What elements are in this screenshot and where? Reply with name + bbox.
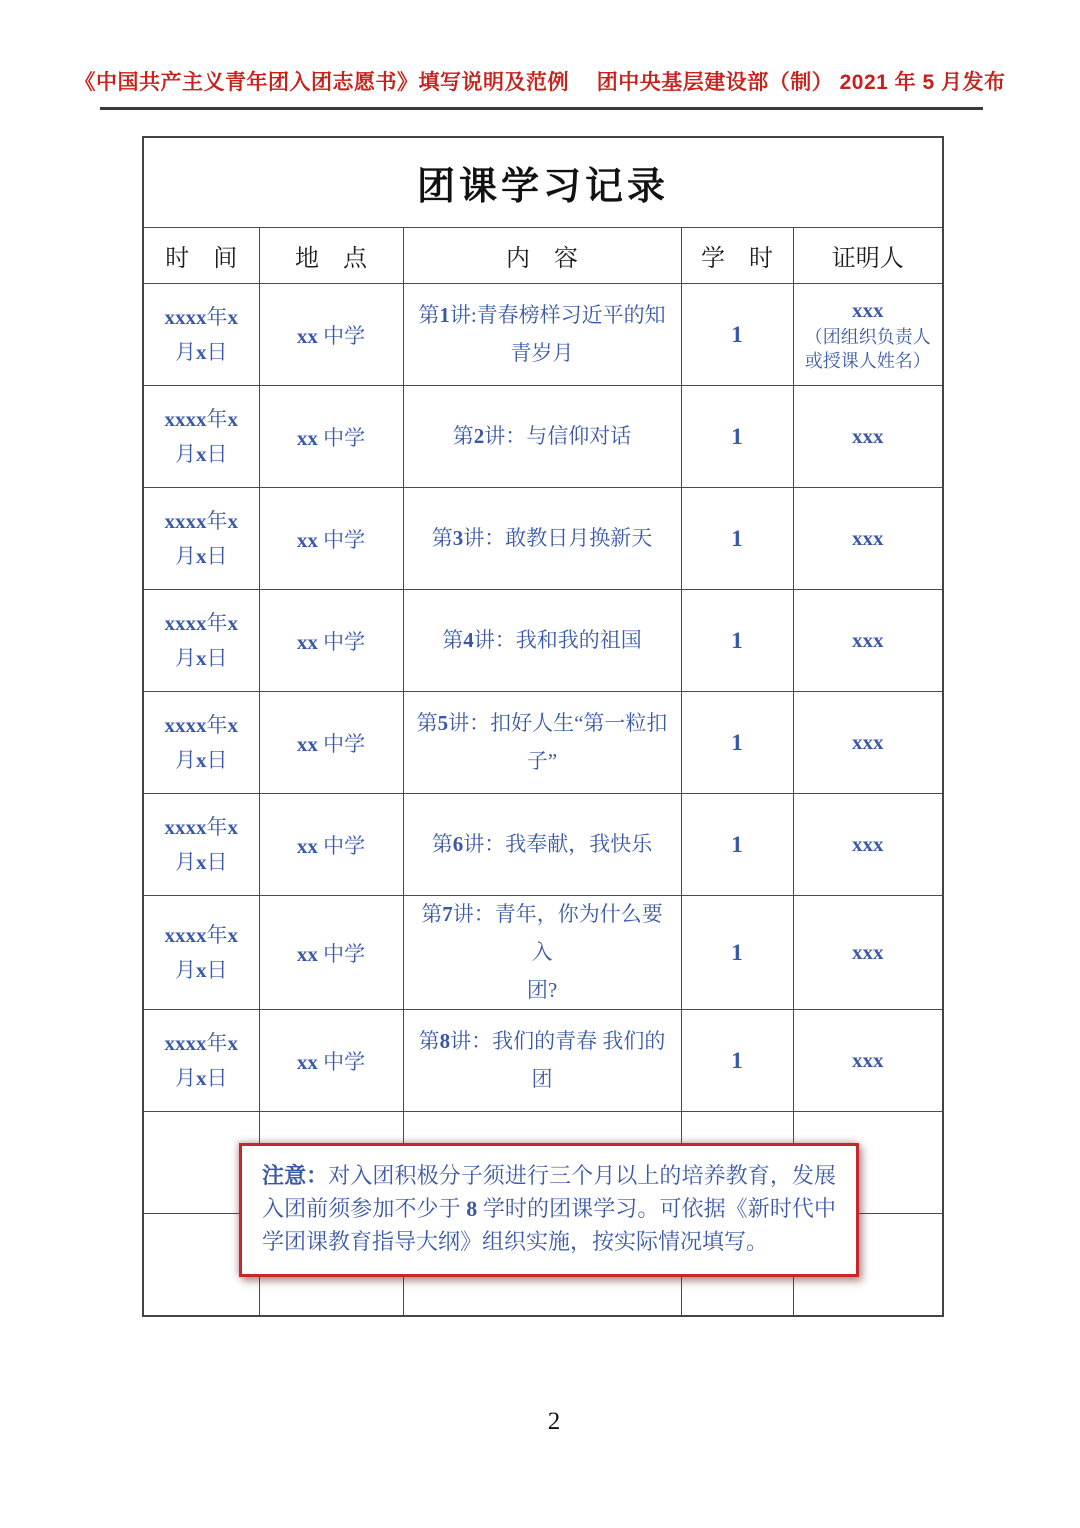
hours-cell: 1 <box>681 692 793 794</box>
table-title-row: 团课学习记录 <box>143 137 943 228</box>
header-rule <box>100 107 983 110</box>
witness-cell: xxx <box>793 896 943 1010</box>
time-cell: xxxx年x 月x日 <box>143 488 259 590</box>
witness-cell: xxx <box>793 794 943 896</box>
table-row: xxxx年x 月x日xx 中学第6讲：我奉献，我快乐1xxx <box>143 794 943 896</box>
time-cell: xxxx年x 月x日 <box>143 590 259 692</box>
place-cell: xx 中学 <box>259 692 403 794</box>
col-header-content: 内 容 <box>403 228 681 284</box>
content-cell: 第1讲:青春榜样习近平的知 青岁月 <box>403 284 681 386</box>
hours-cell: 1 <box>681 284 793 386</box>
place-cell: xx 中学 <box>259 488 403 590</box>
table-title: 团课学习记录 <box>145 155 941 210</box>
table-row: xxxx年x 月x日xx 中学第3讲：敢教日月换新天1xxx <box>143 488 943 590</box>
content-cell: 第7讲：青年，你为什么要入 团? <box>403 896 681 1010</box>
content-cell: 第6讲：我奉献，我快乐 <box>403 794 681 896</box>
witness-cell: xxx（团组织负责人 或授课人姓名） <box>793 284 943 386</box>
place-cell: xx 中学 <box>259 896 403 1010</box>
notice-label: 注意： <box>262 1163 328 1188</box>
col-header-time: 时 间 <box>143 228 259 284</box>
content-cell: 第4讲：我和我的祖国 <box>403 590 681 692</box>
table-row: xxxx年x 月x日xx 中学第2讲：与信仰对话1xxx <box>143 386 943 488</box>
content-cell: 第5讲：扣好人生“第一粒扣 子” <box>403 692 681 794</box>
hours-cell: 1 <box>681 590 793 692</box>
content-cell: 第2讲：与信仰对话 <box>403 386 681 488</box>
time-cell: xxxx年x 月x日 <box>143 896 259 1010</box>
place-cell: xx 中学 <box>259 794 403 896</box>
table-title-cell: 团课学习记录 <box>143 137 943 228</box>
time-cell: xxxx年x 月x日 <box>143 1010 259 1112</box>
place-cell: xx 中学 <box>259 386 403 488</box>
place-cell: xx 中学 <box>259 1010 403 1112</box>
witness-cell: xxx <box>793 590 943 692</box>
witness-cell: xxx <box>793 386 943 488</box>
table-row: xxxx年x 月x日xx 中学第7讲：青年，你为什么要入 团?1xxx <box>143 896 943 1010</box>
hours-cell: 1 <box>681 794 793 896</box>
column-header-row: 时 间 地 点 内 容 学 时 证明人 <box>143 228 943 284</box>
table-row: xxxx年x 月x日xx 中学第1讲:青春榜样习近平的知 青岁月1xxx（团组织… <box>143 284 943 386</box>
hours-cell: 1 <box>681 488 793 590</box>
hours-cell: 1 <box>681 896 793 1010</box>
time-cell: xxxx年x 月x日 <box>143 794 259 896</box>
table-row: xxxx年x 月x日xx 中学第8讲：我们的青春 我们的团1xxx <box>143 1010 943 1112</box>
table-row: xxxx年x 月x日xx 中学第4讲：我和我的祖国1xxx <box>143 590 943 692</box>
col-header-place: 地 点 <box>259 228 403 284</box>
witness-cell: xxx <box>793 488 943 590</box>
page-number: 2 <box>0 1408 1080 1436</box>
notice-number: 8 <box>466 1196 477 1221</box>
hours-cell: 1 <box>681 386 793 488</box>
witness-cell: xxx <box>793 692 943 794</box>
col-header-witness: 证明人 <box>793 228 943 284</box>
content-cell: 第8讲：我们的青春 我们的团 <box>403 1010 681 1112</box>
place-cell: xx 中学 <box>259 590 403 692</box>
time-cell: xxxx年x 月x日 <box>143 692 259 794</box>
hours-cell: 1 <box>681 1010 793 1112</box>
document-header-title: 《中国共产主义青年团入团志愿书》填写说明及范例 团中央基层建设部（制） 2021… <box>0 66 1080 96</box>
witness-note: （团组织负责人 或授课人姓名） <box>798 325 939 374</box>
col-header-hours: 学 时 <box>681 228 793 284</box>
content-cell: 第3讲：敢教日月换新天 <box>403 488 681 590</box>
place-cell: xx 中学 <box>259 284 403 386</box>
witness-cell: xxx <box>793 1010 943 1112</box>
document-page: 《中国共产主义青年团入团志愿书》填写说明及范例 团中央基层建设部（制） 2021… <box>0 0 1080 1528</box>
time-cell: xxxx年x 月x日 <box>143 386 259 488</box>
time-cell: xxxx年x 月x日 <box>143 284 259 386</box>
table-row: xxxx年x 月x日xx 中学第5讲：扣好人生“第一粒扣 子”1xxx <box>143 692 943 794</box>
study-record-table: 团课学习记录 时 间 地 点 内 容 学 时 证明人 xxxx年x 月x日xx … <box>142 136 944 1317</box>
notice-box: 注意：对入团积极分子须进行三个月以上的培养教育，发展入团前须参加不少于 8 学时… <box>239 1143 859 1277</box>
